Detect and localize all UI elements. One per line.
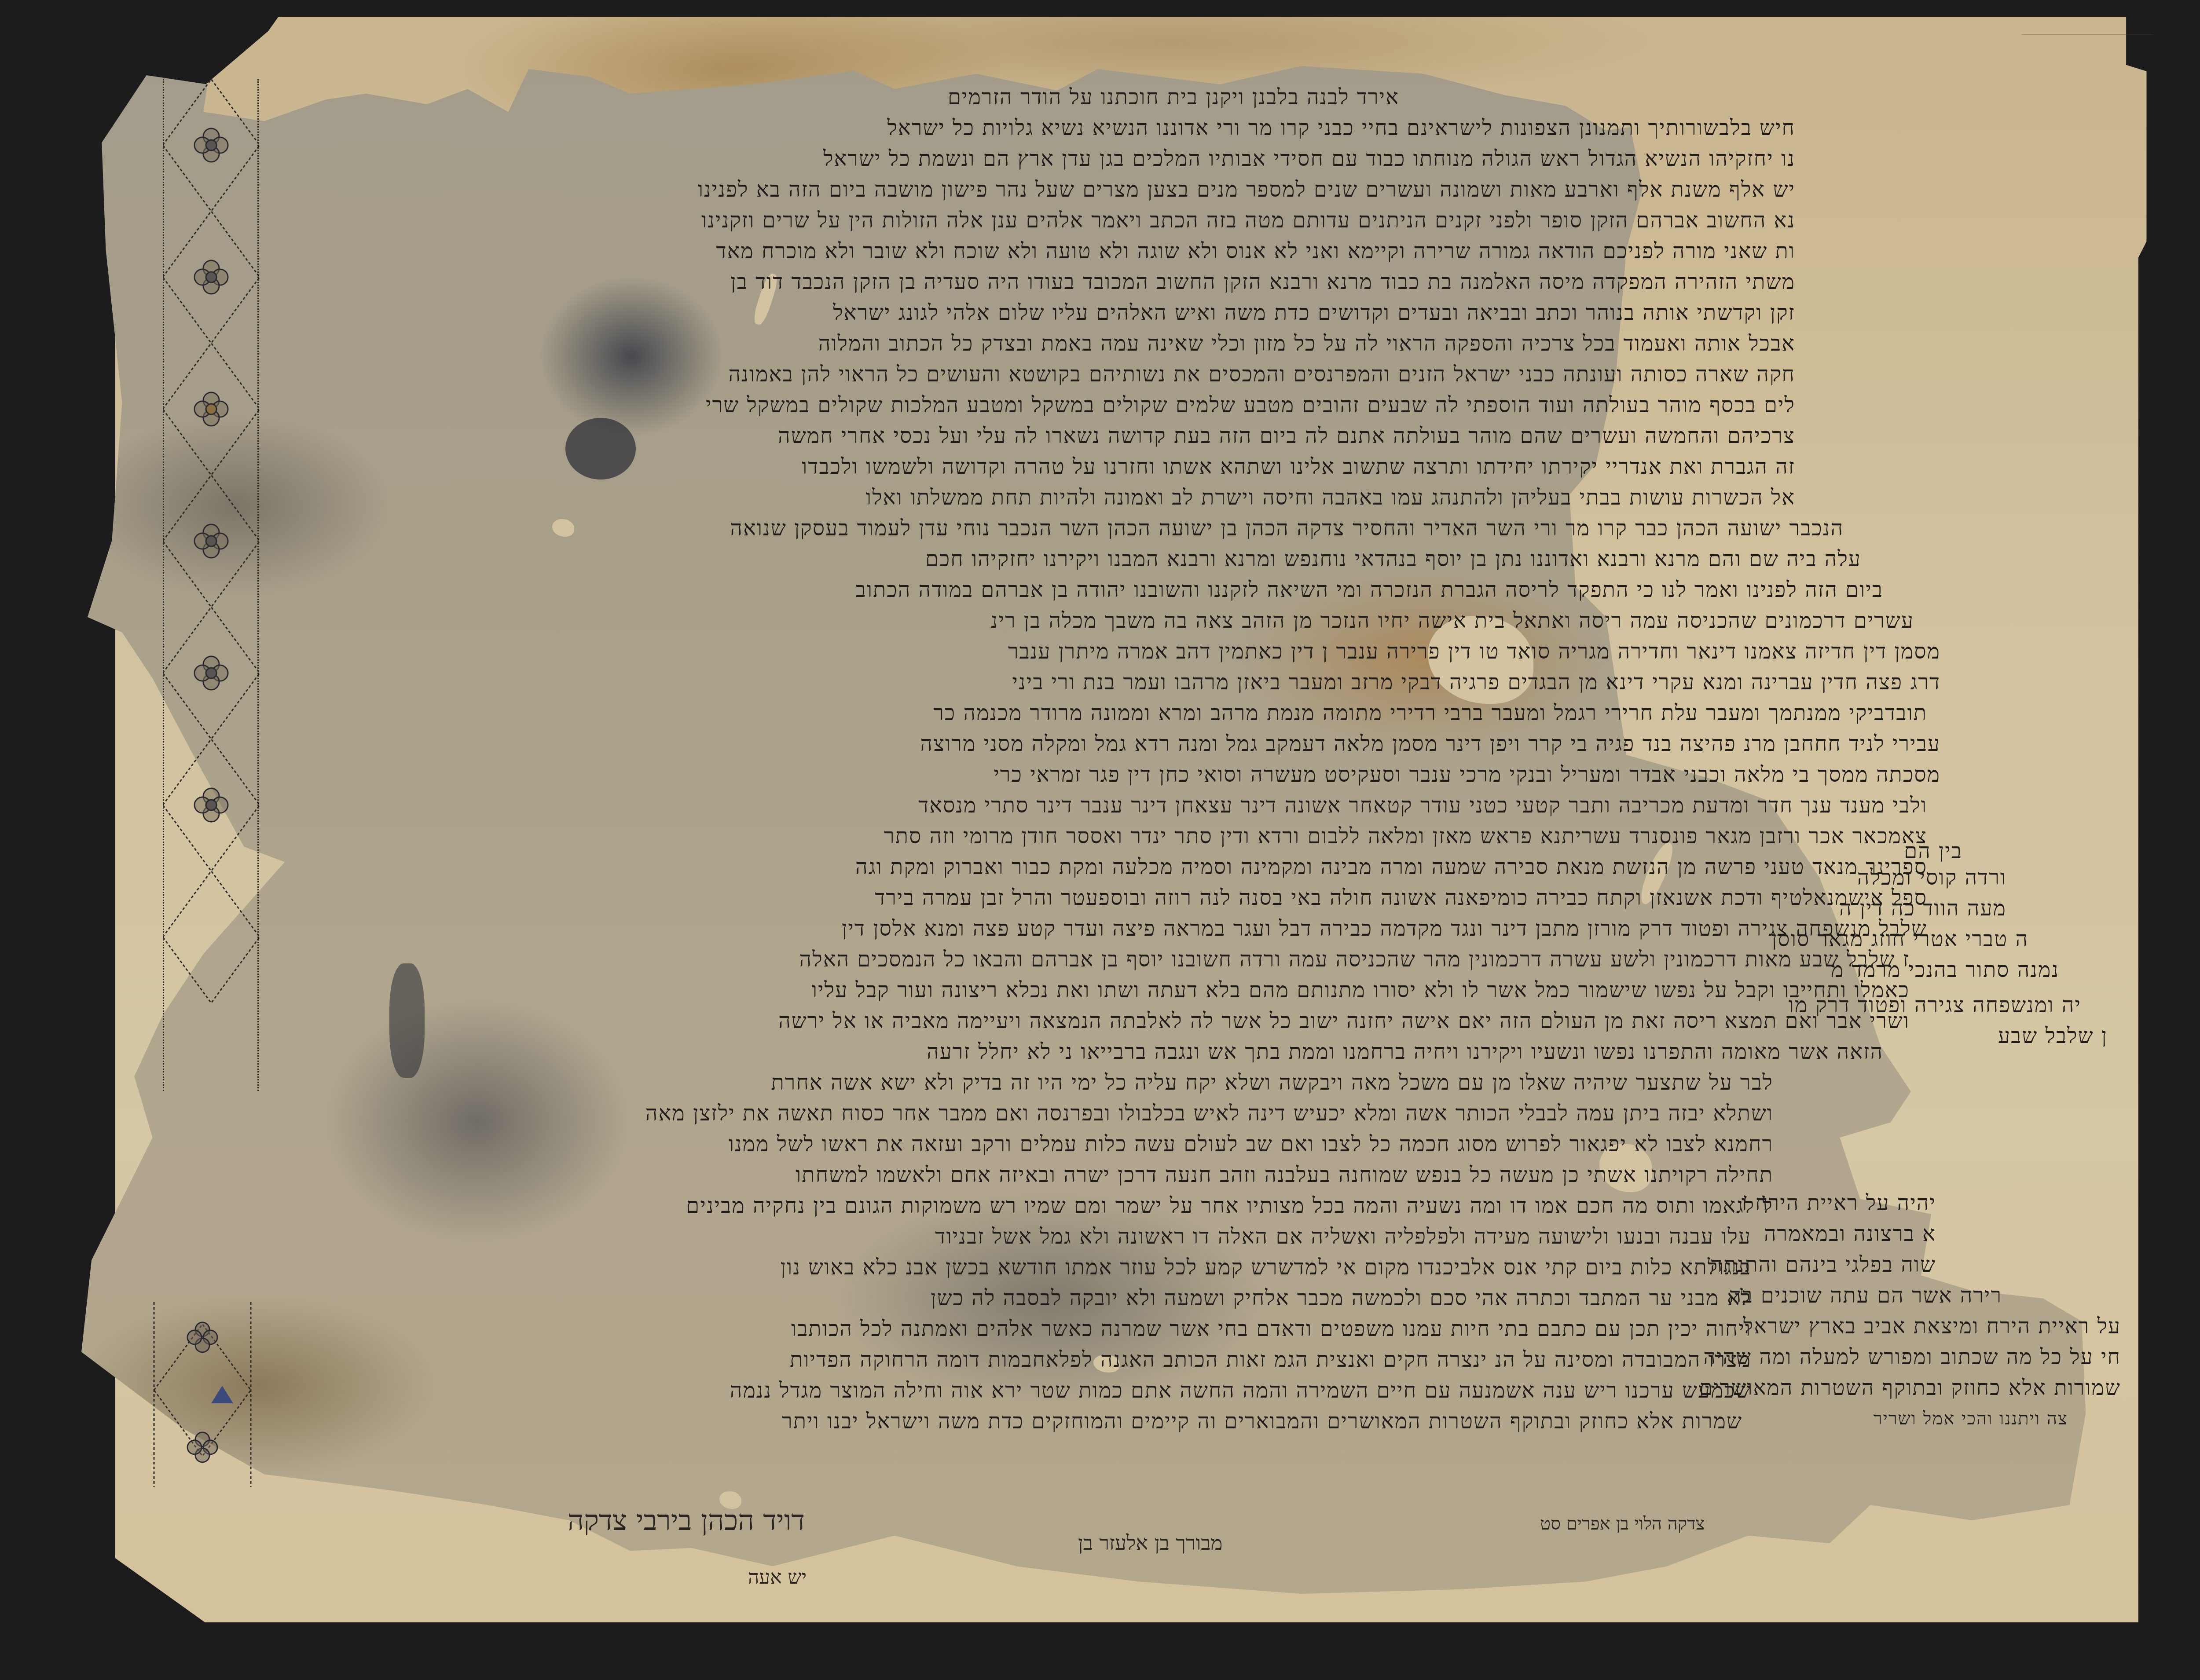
text-line: עלה ביה שם והם מרנא ורבנא ואדוננו נתן בן…	[365, 544, 1861, 575]
text-line: נמנה סתור בהנכי מרמד מ	[1663, 955, 2059, 985]
text-line: תחילה רקויתנו אשתי כן מעשה כל בנפש שמוחנ…	[321, 1160, 1773, 1190]
text-line: אבכל אותה ואעמוד בכל צרכיה והספקה הראוי …	[290, 328, 1795, 359]
witness-signature: דויד הכהן בירבי צדקה	[568, 1504, 805, 1537]
text-line: יהיה על ראיית הירח ו	[1628, 1188, 1936, 1219]
backing-paper-folded-corner	[2022, 17, 2154, 35]
text-line: אירד לבנה בלבנן ויקנן בית חוכתנו על הודר…	[607, 82, 1399, 113]
text-line: ן שלבל שבע	[1712, 1021, 2108, 1051]
text-line: א ברצונה ובמאמרה	[1628, 1219, 1936, 1249]
text-line: יה ומנשפחה צגירה ופטוד דרק מו	[1685, 990, 2081, 1021]
text-line: ויחוה יכין תכן עם כתבם בתי חיות עמנו משפ…	[211, 1314, 1751, 1344]
text-line: לא מבני ער המתבד וכתרה אהי סכם ולכמשה מכ…	[255, 1283, 1751, 1314]
text-line: אל הכשרות עושות בבתי בעליהן ולהתנהג עמו …	[282, 482, 1795, 513]
text-line: משתי הזהירה המפקדה מיסה האלמנה בת כבוד מ…	[290, 267, 1795, 297]
diamond-lattice-icon	[163, 79, 260, 1091]
text-line: זקן וקדשתי אותה בנוהר וכתב ובביאה ובעדים…	[299, 297, 1795, 328]
text-line: ות שאני מורה לפניכם הודאה גמורה שרירה וק…	[282, 236, 1795, 267]
text-line: שכמעש ערכנו ריש ענה אשמנעה עם חיים השמיר…	[211, 1375, 1751, 1406]
text-line: רירה אשר הם עתה שוכנים בה	[1606, 1280, 2002, 1311]
text-line: הזאה אשר מאומה והתפרנו נפשו ונשעיו ויקיר…	[387, 1036, 1883, 1067]
text-line: ורדה קוסי ומכלה	[1610, 862, 2006, 893]
text-line: צה ויתננו והכי אמל ושריר	[1672, 1403, 2068, 1434]
text-line: נו יחזקיהו הנשיא הגדול ראש הגולה מנוחתו …	[282, 143, 1795, 174]
text-line: שמורות אלא כחוזק ובתוקף השטרות המאושרים	[1593, 1373, 2121, 1403]
text-line: לבר על שתצער שיהיה שאלו מן עם משכל מאה ו…	[343, 1067, 1773, 1098]
witness-signature: יש אעה	[748, 1566, 807, 1588]
text-line: עבירי לניד חחחבן מרנ פהיצה בנד פגיה בי ק…	[400, 728, 1940, 759]
witness-signature: צדקה הלוי בן אפרים סט	[1540, 1513, 1705, 1534]
text-line: זה הגברת ואת אנדריי יקירתו יחידתו ותרצה …	[282, 451, 1795, 482]
text-line: ביום הזה לפנינו ואמר לנו כי התפקד לריסה …	[387, 575, 1883, 605]
text-line: נא החשוב אברהם הזקן סופר ולפני זקנים הני…	[282, 205, 1795, 236]
text-line: דרג פצה חדין עברינה ומנא עקרי דינא מן הב…	[400, 667, 1940, 698]
decorative-border	[163, 79, 260, 1091]
text-line: שמרות אלא כחוזק ובתוקף השטרות המאושרים ו…	[246, 1406, 1742, 1437]
text-line: לים בכסף מוהר בעולתה ועוד הוספתי לה שבעי…	[282, 390, 1795, 421]
text-line: בנגולתא כלות ביום קתי אנס אלביכנדו מקום …	[255, 1252, 1751, 1283]
text-line: מעה הווד כה דין ה	[1610, 893, 2006, 924]
text-line: חקה שארה כסותה ועונתה כבני ישראל הזנים ו…	[290, 359, 1795, 390]
text-line: חיש בלבשורותיך ותמנונן הצפונות לישראינם …	[282, 113, 1795, 143]
text-line: רחמנא לצבו לא יפגאור לפרוש מסוג חכמה כל …	[343, 1129, 1773, 1160]
text-line: שוה בפלגי בינהם והתנתה	[1628, 1249, 1936, 1280]
text-line: ה טברי אטרי חוזג מגאר סוסן	[1632, 924, 2028, 955]
text-line: מסמן דין חדיזה צאמנו דינאר וחדירה מגריה …	[400, 636, 1940, 667]
text-line: צרכיהם והחמשה ועשרים שהם מוהר בעולתה אתנ…	[282, 421, 1795, 451]
text-line: מצרו המבובדה ומסינה על הנ ינצרה חקים ואנ…	[211, 1344, 1751, 1375]
text-line: ולבי מענד ענך חדר ומדעת מכריבה ותבר קטעי…	[387, 790, 1927, 821]
text-line: יש אלף משנת אלף וארבע מאות ושמונה ועשרים…	[282, 174, 1795, 205]
text-line: על ראיית הירח ומיצאת אביב בארץ ישראל	[1593, 1311, 2121, 1342]
text-line: תובדביקי ממנתמך ומעבר עלת חרירי רגמל ומע…	[387, 698, 1927, 728]
text-line: עלו עבנה ובנעו ולישועה מעידה ולפלפליה וא…	[255, 1221, 1751, 1252]
witness-signature: מבורך בן אלעזר בן	[1078, 1531, 1223, 1555]
text-line: מסכתה ממסך בי מלאה וכבני אבדר ומעריל ובנ…	[400, 759, 1940, 790]
text-line: ושתלא יבזה ביתן עמה לבבלי הכותר אשה ומלא…	[343, 1098, 1773, 1129]
text-line: עשרים דרכמונים שהכניסה עמה ריסה ואתאל בי…	[400, 605, 1914, 636]
text-line: הנכבר ישועה הכהן כבר קרו מר ורי השר האדי…	[348, 513, 1844, 544]
text-line: ל לגאמו ותוס מה חכם אמו דו ומה נשעיה והמ…	[277, 1190, 1773, 1221]
text-line: חי על כל מה שכתוב ומפורש למעלה ומה שהיה	[1593, 1342, 2121, 1373]
